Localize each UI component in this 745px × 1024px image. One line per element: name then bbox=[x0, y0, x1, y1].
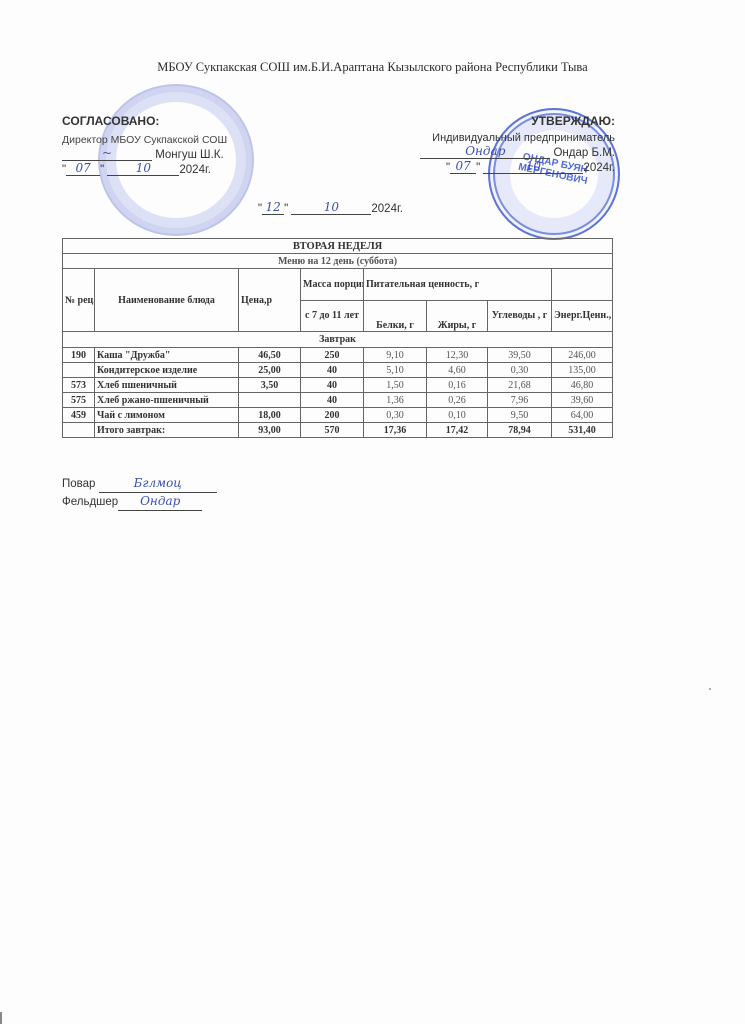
protein-cell: 1,50 bbox=[364, 378, 427, 393]
approval-left-block: СОГЛАСОВАНО: Директор МБОУ Сукпакской СО… bbox=[62, 114, 322, 176]
fat-cell: 12,30 bbox=[427, 348, 488, 363]
meal-section-breakfast: Завтрак bbox=[63, 332, 613, 348]
dish-name-cell: Хлеб ржано-пшеничный bbox=[95, 393, 239, 408]
carbs-cell: 9,50 bbox=[488, 408, 552, 423]
mass-cell: 570 bbox=[301, 423, 364, 438]
dish-name-cell: Чай с лимоном bbox=[95, 408, 239, 423]
header-carbs: Углеводы , г bbox=[488, 300, 552, 332]
fat-cell: 0,16 bbox=[427, 378, 488, 393]
carbs-cell: 78,94 bbox=[488, 423, 552, 438]
dish-name-cell: Хлеб пшеничный bbox=[95, 378, 239, 393]
entrepreneur-signature-line: Ондар bbox=[420, 146, 550, 159]
energy-cell: 64,00 bbox=[552, 408, 613, 423]
recipe-no-cell: 575 bbox=[63, 393, 95, 408]
energy-cell: 531,40 bbox=[552, 423, 613, 438]
cook-signature: Бглмоц bbox=[99, 474, 217, 492]
recipe-no-cell: 459 bbox=[63, 408, 95, 423]
approval-right-day: 07 bbox=[450, 159, 476, 173]
mass-cell: 40 bbox=[301, 363, 364, 378]
total-row: Итого завтрак:93,0057017,3617,4278,94531… bbox=[63, 423, 613, 438]
carbs-cell: 39,50 bbox=[488, 348, 552, 363]
medic-signature: Ондар bbox=[118, 492, 202, 510]
mass-cell: 40 bbox=[301, 393, 364, 408]
dish-name-cell: Кондитерское изделие bbox=[95, 363, 239, 378]
protein-cell: 17,36 bbox=[364, 423, 427, 438]
approval-left-day: 07 bbox=[66, 161, 100, 175]
footer-signatures: Повар Бглмоц ФельдшерОндар bbox=[62, 475, 217, 511]
medic-signature-line: Ондар bbox=[118, 498, 202, 511]
scan-edge-mark bbox=[0, 1012, 2, 1024]
carbs-cell: 0,30 bbox=[488, 363, 552, 378]
mass-cell: 200 bbox=[301, 408, 364, 423]
price-cell: 25,00 bbox=[239, 363, 301, 378]
week-title: ВТОРАЯ НЕДЕЛЯ bbox=[63, 239, 613, 254]
price-cell: 3,50 bbox=[239, 378, 301, 393]
menu-rows: 190Каша "Дружба"46,502509,1012,3039,5024… bbox=[63, 348, 613, 438]
table-row: 575Хлеб ржано-пшеничный401,360,267,9639,… bbox=[63, 393, 613, 408]
recipe-no-cell: 573 bbox=[63, 378, 95, 393]
table-row: 573Хлеб пшеничный3,50401,500,1621,6846,8… bbox=[63, 378, 613, 393]
header-fat: Жиры, г bbox=[427, 300, 488, 332]
approval-left-heading: СОГЛАСОВАНО: bbox=[62, 114, 322, 128]
energy-cell: 39,60 bbox=[552, 393, 613, 408]
header-age-group: с 7 до 11 лет bbox=[301, 300, 364, 332]
document-date-year: 2024г. bbox=[371, 203, 403, 215]
header-price: Цена,р bbox=[239, 269, 301, 332]
dish-name-cell: Каша "Дружба" bbox=[95, 348, 239, 363]
approval-left-name: Монгуш Ш.К. bbox=[155, 149, 223, 161]
organization-title: МБОУ Сукпакская СОШ им.Б.И.Арaптана Кызы… bbox=[0, 60, 745, 75]
menu-day-title: Меню на 12 день (суббота) bbox=[63, 254, 613, 269]
dish-name-cell: Итого завтрак: bbox=[95, 423, 239, 438]
medic-label: Фельдшер bbox=[62, 496, 118, 508]
energy-cell: 246,00 bbox=[552, 348, 613, 363]
cook-label: Повар bbox=[62, 478, 95, 490]
header-nutrition: Питательная ценность, г bbox=[364, 269, 552, 301]
header-protein: Белки, г bbox=[364, 300, 427, 332]
table-row: 459Чай с лимоном18,002000,300,109,5064,0… bbox=[63, 408, 613, 423]
fat-cell: 0,10 bbox=[427, 408, 488, 423]
energy-cell: 135,00 bbox=[552, 363, 613, 378]
approval-right-block: УТВЕРЖДАЮ: Индивидуальный предпринимател… bbox=[400, 114, 615, 174]
price-cell bbox=[239, 393, 301, 408]
carbs-cell: 7,96 bbox=[488, 393, 552, 408]
document-date: "12" 102024г. bbox=[258, 202, 403, 215]
mass-cell: 250 bbox=[301, 348, 364, 363]
header-dish-name: Наименование блюда bbox=[95, 269, 239, 332]
table-row: Кондитерское изделие25,00405,104,600,301… bbox=[63, 363, 613, 378]
header-portion-mass: Масса порции, г bbox=[301, 269, 364, 301]
approval-left-year: 2024г. bbox=[179, 164, 211, 176]
protein-cell: 0,30 bbox=[364, 408, 427, 423]
protein-cell: 1,36 bbox=[364, 393, 427, 408]
table-row: 190Каша "Дружба"46,502509,1012,3039,5024… bbox=[63, 348, 613, 363]
protein-cell: 5,10 bbox=[364, 363, 427, 378]
price-cell: 46,50 bbox=[239, 348, 301, 363]
approval-right-heading: УТВЕРЖДАЮ: bbox=[400, 114, 615, 128]
approval-left-position: Директор МБОУ Сукпакской СОШ bbox=[62, 134, 322, 146]
fat-cell: 0,26 bbox=[427, 393, 488, 408]
entrepreneur-signature: Ондар bbox=[420, 144, 550, 158]
mass-cell: 40 bbox=[301, 378, 364, 393]
price-cell: 18,00 bbox=[239, 408, 301, 423]
carbs-cell: 21,68 bbox=[488, 378, 552, 393]
menu-table: ВТОРАЯ НЕДЕЛЯ Меню на 12 день (суббота) … bbox=[62, 238, 613, 438]
approval-right-month: 10 bbox=[483, 159, 583, 173]
director-signature: ~ bbox=[62, 146, 152, 160]
approval-left-month: 10 bbox=[107, 161, 179, 175]
price-cell: 93,00 bbox=[239, 423, 301, 438]
approval-right-position: Индивидуальный предприниматель bbox=[400, 132, 615, 144]
recipe-no-cell bbox=[63, 363, 95, 378]
document-date-month: 10 bbox=[291, 200, 371, 214]
fat-cell: 4,60 bbox=[427, 363, 488, 378]
recipe-no-cell: 190 bbox=[63, 348, 95, 363]
header-recipe-no: № рец. bbox=[63, 269, 95, 332]
director-signature-line: ~ bbox=[62, 148, 152, 161]
recipe-no-cell bbox=[63, 423, 95, 438]
header-energy: Энерг.Ценн., кКал bbox=[552, 300, 613, 332]
approval-right-name: Ондар Б.М. bbox=[553, 147, 615, 159]
approval-right-year: 2024г. bbox=[583, 162, 615, 174]
header-empty-cell bbox=[552, 269, 613, 301]
scan-speck bbox=[709, 688, 711, 690]
protein-cell: 9,10 bbox=[364, 348, 427, 363]
fat-cell: 17,42 bbox=[427, 423, 488, 438]
energy-cell: 46,80 bbox=[552, 378, 613, 393]
document-date-day: 12 bbox=[262, 200, 284, 214]
